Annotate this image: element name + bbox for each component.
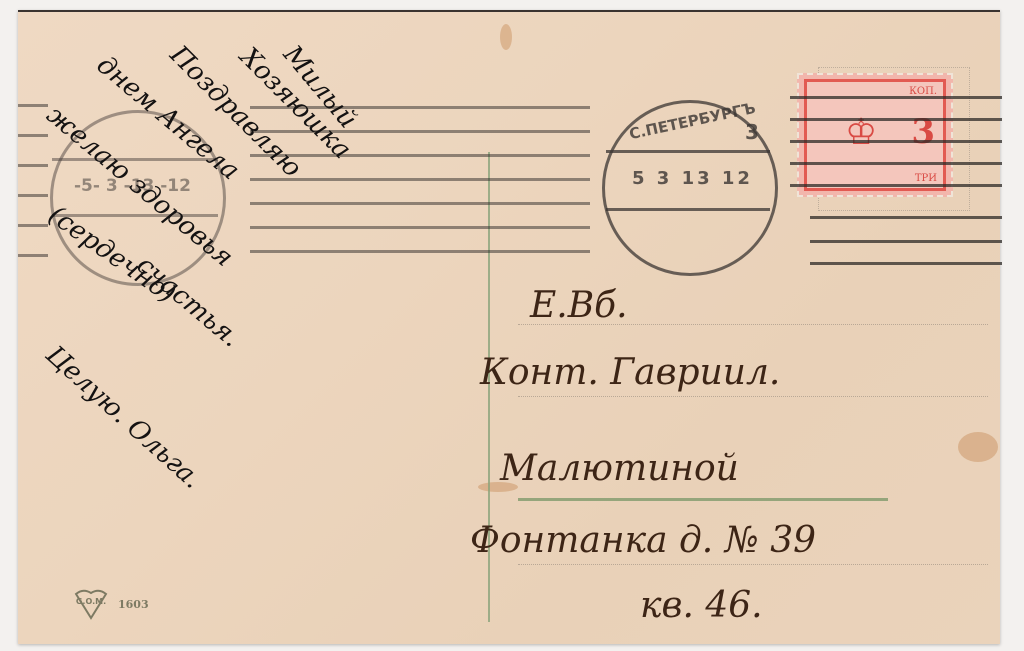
publisher-initials: G.O.M. bbox=[74, 597, 108, 606]
cancel-line bbox=[790, 96, 1002, 99]
cancel-line bbox=[250, 250, 590, 253]
postmark-date: 5 3 13 12 bbox=[632, 168, 753, 189]
cancel-line bbox=[790, 118, 1002, 121]
cancel-line bbox=[18, 164, 48, 167]
stamp-label-bottom: ТРИ bbox=[915, 173, 937, 184]
postage-stamp: КОП. ♔ 3 ТРИ bbox=[797, 73, 953, 197]
cancel-line bbox=[810, 262, 1002, 265]
stain bbox=[500, 24, 512, 50]
cancel-line bbox=[810, 240, 1002, 243]
cancel-line bbox=[790, 162, 1002, 165]
address-line-text: Е.Вб. bbox=[530, 285, 628, 326]
cancel-line bbox=[250, 202, 590, 205]
address-line-text: кв. 46. bbox=[640, 585, 763, 626]
cancel-line bbox=[18, 104, 48, 107]
address-line-text: Конт. Гавриил. bbox=[480, 352, 780, 393]
stain bbox=[958, 432, 998, 462]
cancel-line bbox=[18, 254, 48, 257]
card-number: 1603 bbox=[118, 598, 149, 611]
cancel-line bbox=[810, 216, 1002, 219]
postmark-bar bbox=[606, 150, 770, 153]
address-line-text: Фонтанка д. № 39 bbox=[470, 520, 816, 561]
address-line-text: Малютиной bbox=[500, 448, 739, 489]
cancel-line bbox=[250, 178, 590, 181]
postmark-number: 3 bbox=[745, 120, 759, 144]
address-line bbox=[518, 564, 988, 565]
publisher-logo: G.O.M. bbox=[74, 588, 108, 620]
cancel-line bbox=[790, 140, 1002, 143]
address-underline bbox=[518, 498, 888, 501]
cancel-line bbox=[790, 184, 1002, 187]
postmark-bar bbox=[606, 208, 770, 211]
address-line bbox=[518, 396, 988, 397]
cancel-line bbox=[18, 194, 48, 197]
cancel-line bbox=[250, 226, 590, 229]
cancel-line bbox=[18, 134, 48, 137]
